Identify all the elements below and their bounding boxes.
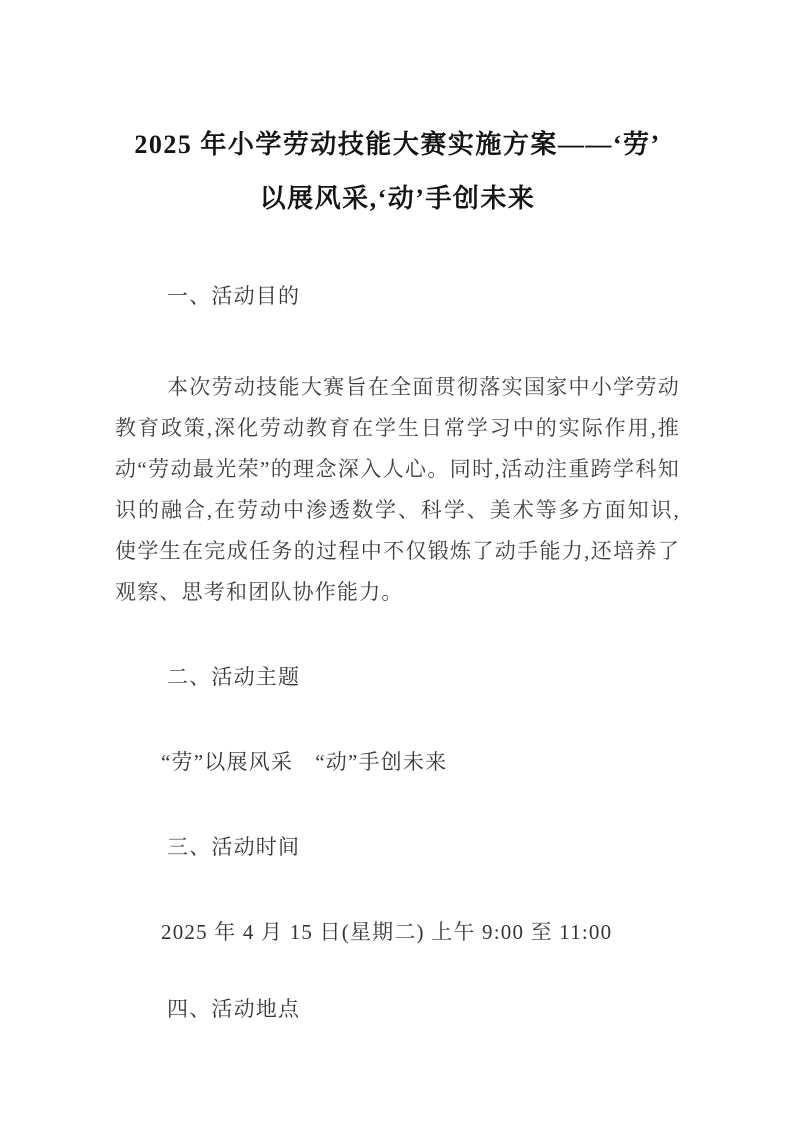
activity-theme-text: “劳”以展风采 “动”手创未来 — [115, 742, 680, 783]
document-title: 2025 年小学劳动技能大赛实施方案——‘劳’ 以展风采,‘动’手创未来 — [115, 118, 680, 226]
section-heading-activity-purpose: 一、活动目的 — [115, 276, 680, 317]
section-heading-activity-time: 三、活动时间 — [115, 827, 680, 868]
section-heading-activity-theme: 二、活动主题 — [115, 657, 680, 698]
document-title-line1: 2025 年小学劳动技能大赛实施方案——‘劳’ — [115, 118, 680, 172]
document-title-line2: 以展风采,‘动’手创未来 — [115, 172, 680, 226]
activity-time-text: 2025 年 4 月 15 日(星期二) 上午 9:00 至 11:00 — [115, 912, 680, 953]
activity-purpose-paragraph: 本次劳动技能大赛旨在全面贯彻落实国家中小学劳动教育政策,深化劳动教育在学生日常学… — [115, 367, 680, 613]
document-page: 2025 年小学劳动技能大赛实施方案——‘劳’ 以展风采,‘动’手创未来 一、活… — [0, 0, 793, 1122]
section-heading-activity-location: 四、活动地点 — [115, 989, 680, 1030]
